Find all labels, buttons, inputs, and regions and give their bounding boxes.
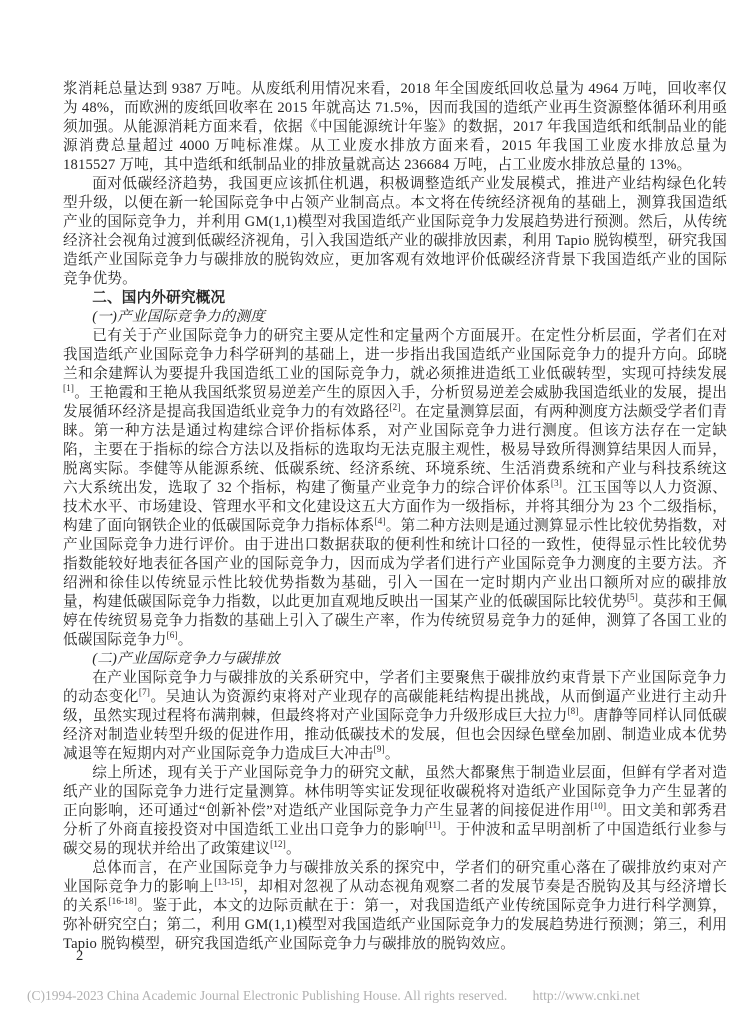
- page-number: 2: [76, 948, 83, 965]
- document-page: 浆消耗总量达到 9387 万吨。从废纸利用情况来看，2018 年全国废纸回收总量…: [0, 0, 755, 1024]
- footer-url: http://www.cnki.net: [533, 988, 640, 1003]
- article-body: 浆消耗总量达到 9387 万吨。从废纸利用情况来看，2018 年全国废纸回收总量…: [63, 80, 727, 954]
- paragraph-continuation: 浆消耗总量达到 9387 万吨。从废纸利用情况来看，2018 年全国废纸回收总量…: [63, 80, 727, 175]
- subsection-heading-competitiveness-carbon: (二)产业国际竞争力与碳排放: [63, 650, 727, 669]
- subsection-heading-competitiveness-measurement: (一)产业国际竞争力的测度: [63, 308, 727, 327]
- footer: (C)1994-2023 China Academic Journal Elec…: [27, 988, 737, 1004]
- section-heading-literature-review: 二、国内外研究概况: [63, 289, 727, 308]
- paragraph-measurement-review: 已有关于产业国际竞争力的研究主要从定性和定量两个方面展开。在定性分析层面，学者们…: [63, 327, 727, 650]
- paragraph-intro: 面对低碳经济趋势，我国更应该抓住机遇，积极调整造纸产业发展模式，推进产业结构绿色…: [63, 175, 727, 289]
- paragraph-summary-gap: 综上所述，现有关于产业国际竞争力的研究文献，虽然大都聚焦于制造业层面，但鲜有学者…: [63, 764, 727, 859]
- paragraph-carbon-review: 在产业国际竞争力与碳排放的关系研究中，学者们主要聚焦于碳排放约束背景下产业国际竞…: [63, 669, 727, 764]
- paragraph-contributions: 总体而言，在产业国际竞争力与碳排放关系的探究中，学者们的研究重心落在了碳排放约束…: [63, 859, 727, 954]
- footer-copyright: (C)1994-2023 China Academic Journal Elec…: [27, 988, 507, 1003]
